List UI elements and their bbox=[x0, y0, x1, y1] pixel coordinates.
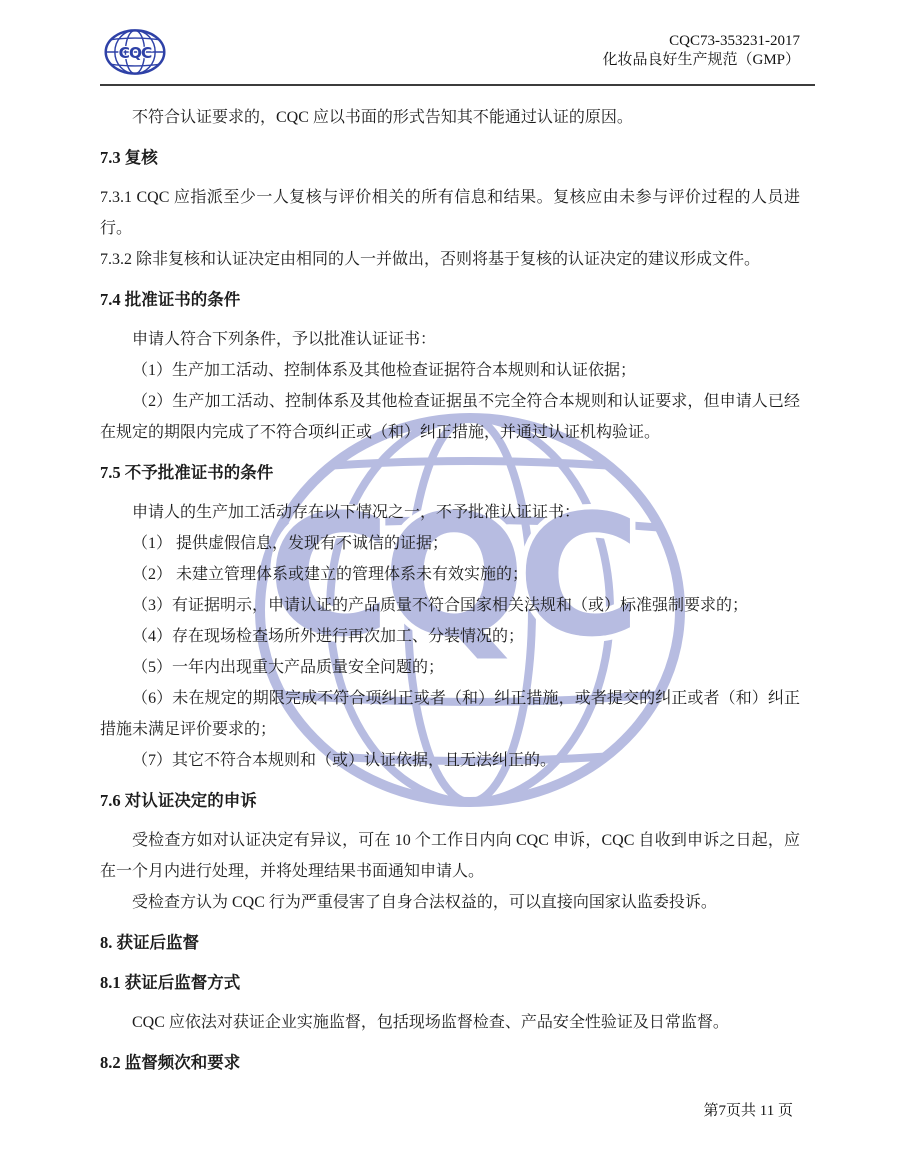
body-paragraph: 7.3.1 CQC 应指派至少一人复核与评价相关的所有信息和结果。复核应由未参与… bbox=[100, 182, 800, 244]
section-heading: 8.1 获证后监督方式 bbox=[100, 967, 800, 998]
body-paragraph: （3）有证据明示，申请认证的产品质量不符合国家相关法规和（或）标准强制要求的； bbox=[100, 590, 800, 621]
logo-text: CQC bbox=[119, 44, 152, 62]
body-paragraph: （7）其它不符合本规则和（或）认证依据，且无法纠正的。 bbox=[100, 745, 800, 776]
body-paragraph: （5）一年内出现重大产品质量安全问题的； bbox=[100, 652, 800, 683]
body-paragraph: 受检查方认为 CQC 行为严重侵害了自身合法权益的，可以直接向国家认监委投诉。 bbox=[100, 887, 800, 918]
section-heading: 8. 获证后监督 bbox=[100, 927, 800, 958]
body-paragraph: （1）生产加工活动、控制体系及其他检查证据符合本规则和认证依据； bbox=[100, 355, 800, 386]
section-heading: 8.2 监督频次和要求 bbox=[100, 1047, 800, 1078]
header-meta: CQC73-353231-2017 化妆品良好生产规范（GMP） bbox=[602, 32, 815, 70]
body-paragraph: （6）未在规定的期限完成不符合项纠正或者（和）纠正措施，或者提交的纠正或者（和）… bbox=[100, 683, 800, 745]
document-page: CQC CQC CQC73-353231-201 bbox=[0, 0, 900, 1165]
doc-number: CQC73-353231-2017 bbox=[602, 32, 800, 51]
page-number: 第7页共 11 页 bbox=[704, 1101, 793, 1121]
body-paragraph: 申请人的生产加工活动存在以下情况之一，不予批准认证证书： bbox=[100, 497, 800, 528]
body-paragraph: （2） 未建立管理体系或建立的管理体系未有效实施的； bbox=[100, 559, 800, 590]
section-heading: 7.6 对认证决定的申诉 bbox=[100, 785, 800, 816]
body-paragraph: 7.3.2 除非复核和认证决定由相同的人一并做出，否则将基于复核的认证决定的建议… bbox=[100, 244, 800, 275]
cqc-logo-icon: CQC bbox=[102, 28, 168, 76]
body-paragraph: 申请人符合下列条件，予以批准认证证书： bbox=[100, 324, 800, 355]
body-paragraph: （4）存在现场检查场所外进行再次加工、分装情况的； bbox=[100, 621, 800, 652]
doc-title: 化妆品良好生产规范（GMP） bbox=[602, 51, 800, 70]
document-body: 不符合认证要求的，CQC 应以书面的形式告知其不能通过认证的原因。7.3 复核7… bbox=[100, 102, 800, 1078]
body-paragraph: 不符合认证要求的，CQC 应以书面的形式告知其不能通过认证的原因。 bbox=[100, 102, 800, 133]
body-paragraph: 受检查方如对认证决定有异议，可在 10 个工作日内向 CQC 申诉，CQC 自收… bbox=[100, 825, 800, 887]
section-heading: 7.3 复核 bbox=[100, 142, 800, 173]
body-paragraph: CQC 应依法对获证企业实施监督，包括现场监督检查、产品安全性验证及日常监督。 bbox=[100, 1007, 800, 1038]
body-paragraph: （1） 提供虚假信息，发现有不诚信的证据； bbox=[100, 528, 800, 559]
body-paragraph: （2）生产加工活动、控制体系及其他检查证据虽不完全符合本规则和认证要求，但申请人… bbox=[100, 386, 800, 448]
page-header: CQC CQC73-353231-2017 化妆品良好生产规范（GMP） bbox=[100, 28, 815, 86]
section-heading: 7.4 批准证书的条件 bbox=[100, 284, 800, 315]
section-heading: 7.5 不予批准证书的条件 bbox=[100, 457, 800, 488]
